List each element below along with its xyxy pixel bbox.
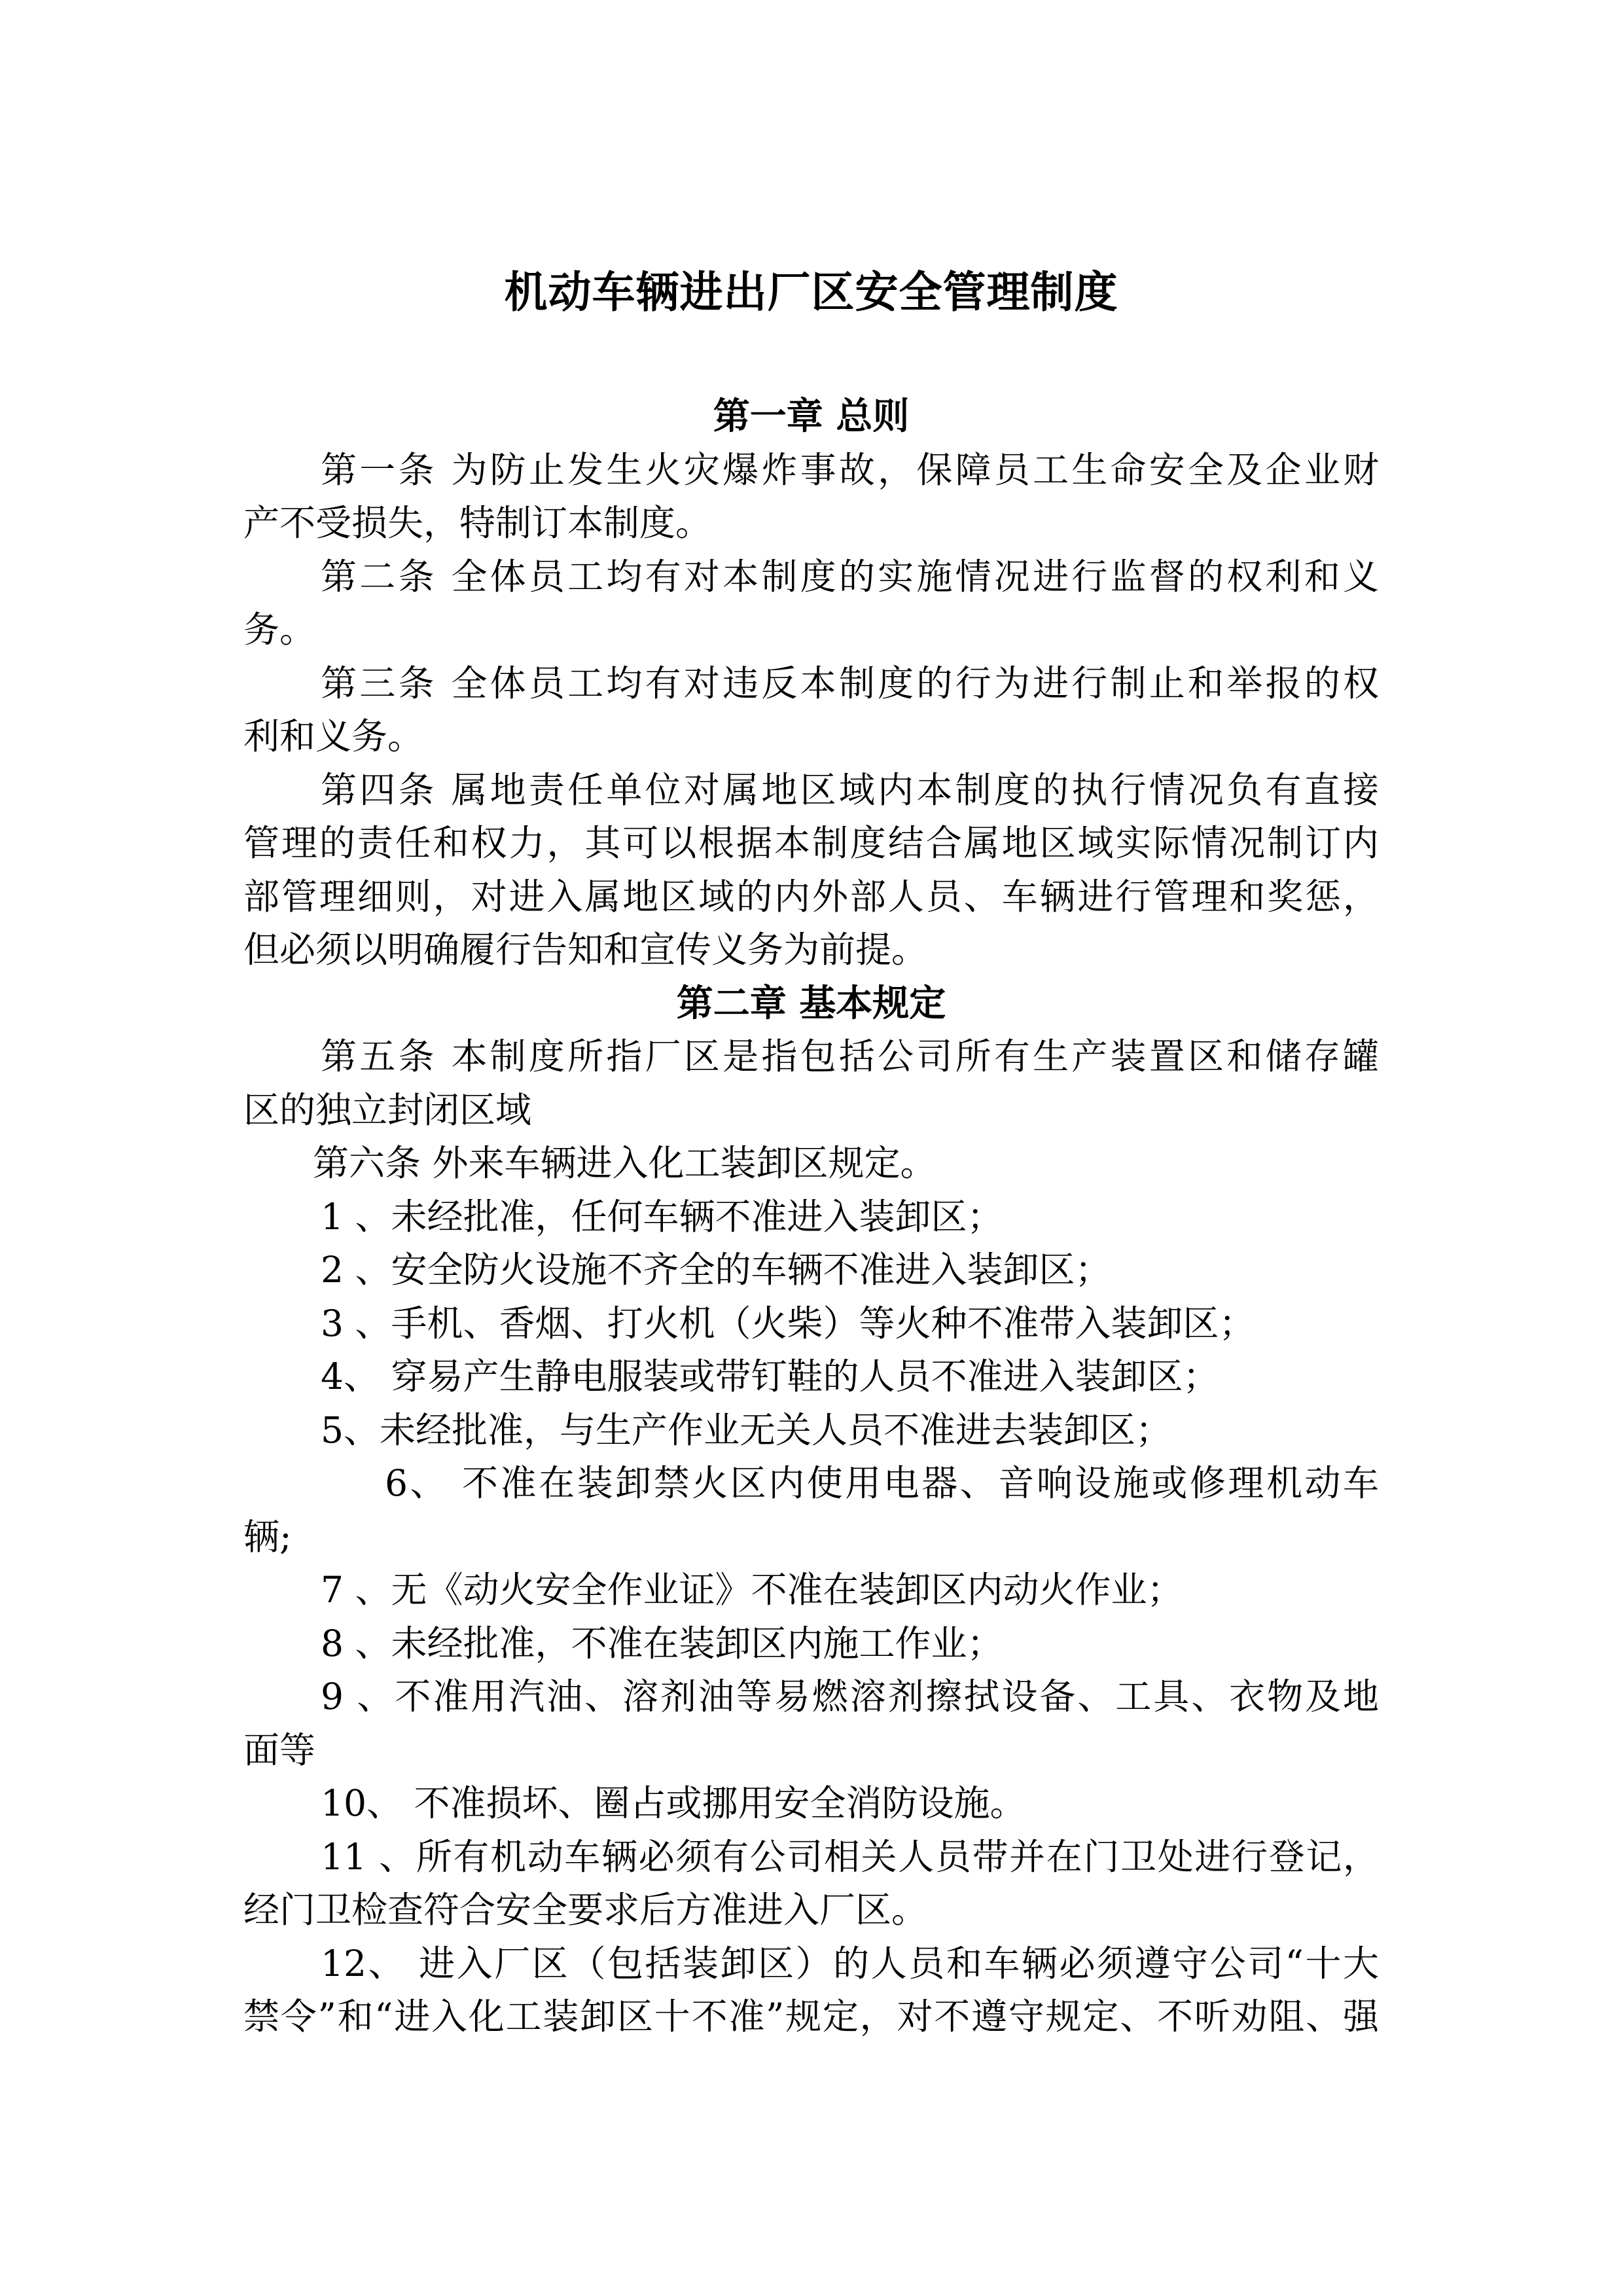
paragraph-line: 部管理细则，对进入属地区域的内外部人员、车辆进行管理和奖惩， bbox=[243, 870, 1379, 924]
paragraph-line: 第五条 本制度所指厂区是指包括公司所有生产装置区和储存罐 bbox=[243, 1030, 1379, 1084]
list-item: 5、未经批准，与生产作业无关人员不准进去装卸区； bbox=[243, 1404, 1379, 1458]
list-item-continuation: 禁令”和“进入化工装卸区十不准”规定，对不遵守规定、不听劝阻、强 bbox=[243, 1990, 1379, 2044]
list-item: 7 、无《动火安全作业证》不准在装卸区内动火作业； bbox=[243, 1564, 1379, 1617]
paragraph-line: 务。 bbox=[243, 603, 1379, 657]
list-item: 12、 进入厂区（包括装卸区）的人员和车辆必须遵守公司“十大 bbox=[243, 1937, 1379, 1991]
chapter-heading: 第一章 总则 bbox=[243, 390, 1379, 444]
list-item: 10、 不准损坏、圈占或挪用安全消防设施。 bbox=[243, 1777, 1379, 1831]
list-item: 6、 不准在装卸禁火区内使用电器、音响设施或修理机动车 bbox=[243, 1457, 1379, 1511]
paragraph-line: 利和义务。 bbox=[243, 710, 1379, 764]
document-title: 机动车辆进出厂区安全管理制度 bbox=[243, 263, 1379, 322]
paragraph-line: 第四条 属地责任单位对属地区域内本制度的执行情况负有直接 bbox=[243, 764, 1379, 817]
chapter-heading: 第二章 基本规定 bbox=[243, 977, 1379, 1031]
paragraph-line: 第一条 为防止发生火灾爆炸事故，保障员工生命安全及企业财 bbox=[243, 444, 1379, 497]
paragraph-line: 第三条 全体员工均有对违反本制度的行为进行制止和举报的权 bbox=[243, 657, 1379, 711]
list-item: 1 、未经批准，任何车辆不准进入装卸区； bbox=[243, 1191, 1379, 1244]
paragraph-line: 第六条 外来车辆进入化工装卸区规定。 bbox=[243, 1137, 1379, 1191]
document-body: 第一章 总则 第一条 为防止发生火灾爆炸事故，保障员工生命安全及企业财 产不受损… bbox=[243, 390, 1379, 2044]
list-item: 3 、手机、香烟、打火机（火柴）等火种不准带入装卸区； bbox=[243, 1297, 1379, 1351]
paragraph-line: 管理的责任和权力，其可以根据本制度结合属地区域实际情况制订内 bbox=[243, 817, 1379, 870]
paragraph-line: 产不受损失，特制订本制度。 bbox=[243, 497, 1379, 550]
list-item: 8 、未经批准，不准在装卸区内施工作业； bbox=[243, 1617, 1379, 1671]
list-item: 9 、不准用汽油、溶剂油等易燃溶剂擦拭设备、工具、衣物及地 bbox=[243, 1670, 1379, 1724]
list-item-continuation: 辆; bbox=[243, 1511, 1379, 1564]
list-item: 11 、所有机动车辆必须有公司相关人员带并在门卫处进行登记， bbox=[243, 1831, 1379, 1884]
list-item: 4、 穿易产生静电服装或带钉鞋的人员不准进入装卸区； bbox=[243, 1350, 1379, 1404]
list-item: 2 、安全防火设施不齐全的车辆不准进入装卸区； bbox=[243, 1244, 1379, 1297]
list-item-continuation: 面等 bbox=[243, 1724, 1379, 1778]
paragraph-line: 区的独立封闭区域 bbox=[243, 1084, 1379, 1138]
paragraph-line: 第二条 全体员工均有对本制度的实施情况进行监督的权利和义 bbox=[243, 550, 1379, 604]
paragraph-line: 但必须以明确履行告知和宣传义务为前提。 bbox=[243, 924, 1379, 977]
list-item-continuation: 经门卫检查符合安全要求后方准进入厂区。 bbox=[243, 1884, 1379, 1937]
